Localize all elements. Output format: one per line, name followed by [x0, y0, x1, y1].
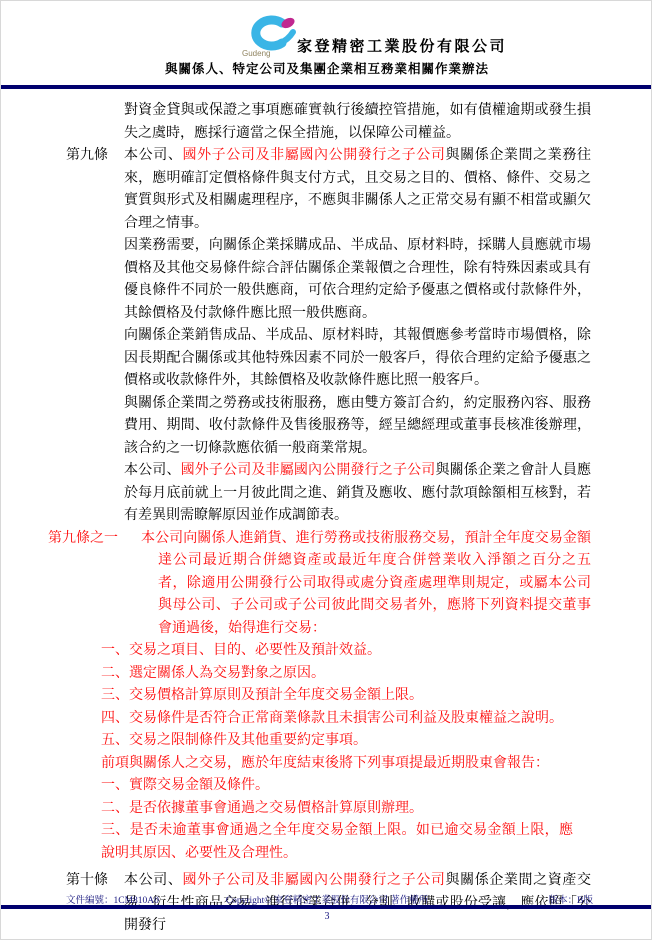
- article-9-p5-red: 國外子公司及非屬國內公開發行之子公司: [181, 463, 436, 478]
- gudeng-logo-icon: Gudeng: [230, 14, 302, 63]
- document-page: Gudeng 家登精密工業股份有限公司 與關係人、特定公司及集團企業相互務業相關…: [0, 0, 652, 940]
- article-9-p5-pre: 本公司、: [124, 463, 181, 478]
- page-footer: 文件編號：1CM810A0 Copyright© 家登精密工業股份有限公司 著作…: [1, 892, 652, 905]
- article-9-1-item: 四、交易條件是否符合正常商業條款且未損害公司利益及股東權益之說明。: [101, 708, 573, 731]
- article-9-p2: 因業務需要，向關係企業採購成品、半成品、原材料時，採購人員應就市場價格及其他交易…: [124, 235, 591, 325]
- article-9-1-marker: 第九條之一: [48, 528, 118, 551]
- article-9-p1-red: 國外子公司及非屬國內公開發行之子公司: [182, 148, 445, 163]
- article-9: 第九條 本公司、國外子公司及非屬國內公開發行之子公司與關係企業間之業務往來，應明…: [1, 145, 652, 528]
- article-9-1-item: 五、交易之限制條件及其他重要約定事項。: [101, 730, 573, 753]
- page-number: 3: [1, 911, 652, 922]
- article-9-1: 第九條之一 本公司向關係人進銷貨、進行勞務或技術服務交易，預計全年度交易金額達公…: [1, 528, 652, 866]
- article-9-1-mid: 前項與關係人之交易，應於年度結束後將下列事項提最近期股東會報告：: [101, 753, 573, 776]
- article-9-p4: 與關係企業間之勞務或技術服務，應由雙方簽訂合約，約定服務內容、服務費用、期間、收…: [124, 393, 591, 461]
- article-9-1-intro: 本公司向關係人進銷貨、進行勞務或技術服務交易，預計全年度交易金額達公司最近期合併…: [158, 528, 591, 641]
- article-9-p3: 向關係企業銷售成品、半成品、原材料時，其報價應參考當時市場價格，除因長期配合關係…: [124, 325, 591, 393]
- article-9-p1-pre: 本公司、: [124, 148, 182, 163]
- article-9-marker: 第九條: [66, 145, 108, 168]
- article-9-content: 本公司、國外子公司及非屬國內公開發行之子公司與關係企業間之業務往來，應明確訂定價…: [124, 145, 591, 528]
- article-10-pre: 本公司、: [124, 873, 182, 888]
- intro-paragraph: 對資金貸與或保證之事項應確實執行後續控管措施，如有債權逾期或發生損失之虞時，應採…: [124, 100, 591, 145]
- footer-rule: [1, 905, 652, 909]
- article-9-p5: 本公司、國外子公司及非屬國內公開發行之子公司與關係企業之會計人員應於每月底前就上…: [124, 460, 591, 528]
- article-9-1-report-item: 一、實際交易金額及條件。: [101, 775, 573, 798]
- logo-wordmark: Gudeng: [242, 49, 270, 58]
- header-rule: [1, 85, 652, 89]
- article-9-1-item: 一、交易之項目、目的、必要性及預計效益。: [101, 640, 573, 663]
- document-body: 對資金貸與或保證之事項應確實執行後續控管措施，如有債權逾期或發生損失之虞時，應採…: [1, 100, 652, 938]
- version-label: 版本：B版: [549, 892, 593, 906]
- article-10-red: 國外子公司及非屬國內公開發行之子公司: [182, 873, 445, 888]
- article-9-1-item: 三、交易價格計算原則及預計全年度交易金額上限。: [101, 685, 573, 708]
- company-name: 家登精密工業股份有限公司: [297, 35, 507, 56]
- document-title: 與關係人、特定公司及集團企業相互務業相關作業辦法: [1, 59, 652, 77]
- article-9-1-report-item: 三、是否未逾董事會通過之全年度交易金額上限。如已逾交易金額上限，應說明其原因、必…: [101, 820, 573, 865]
- article-9-1-report-item: 二、是否依據董事會通過之交易價格計算原則辦理。: [101, 798, 573, 821]
- article-10-marker: 第十條: [66, 870, 108, 893]
- article-9-1-item: 二、選定關係人為交易對象之原因。: [101, 663, 573, 686]
